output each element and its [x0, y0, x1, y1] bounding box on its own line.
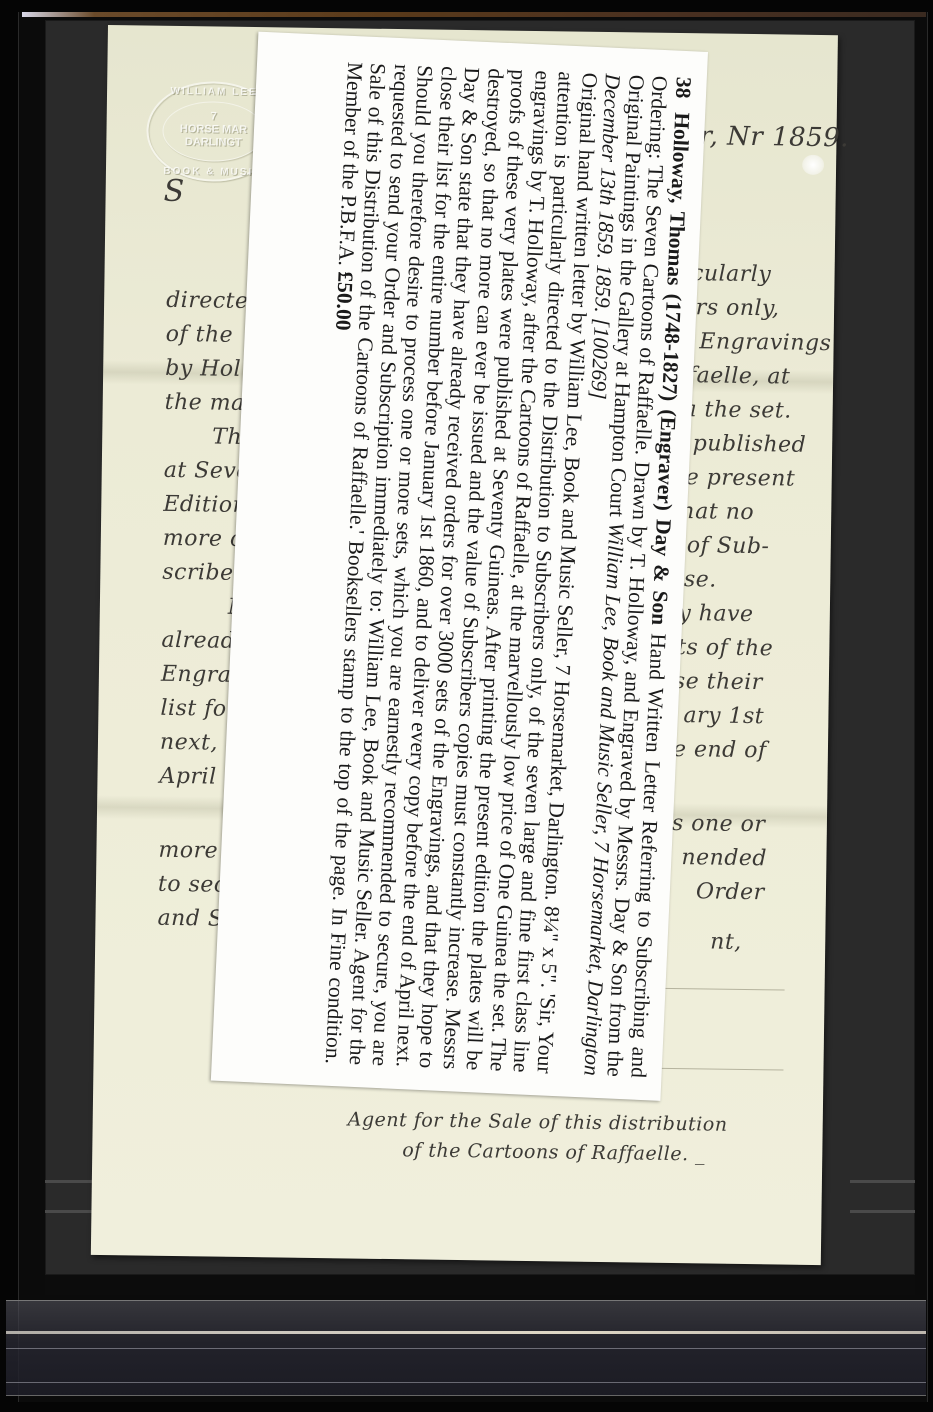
- label-reference: [100269]: [587, 318, 615, 400]
- plastic-seam: [6, 1348, 926, 1349]
- paper-hole: [802, 155, 824, 175]
- handwriting-right-line: Order: [696, 879, 765, 905]
- handwriting-right-line: nended: [681, 845, 767, 871]
- handwriting-left-line: list for: [160, 696, 237, 722]
- sleeve-top-edge: [22, 12, 926, 17]
- stamp-line2: DARLINGT: [163, 136, 263, 150]
- signature-line: of the Cartoons of Raffaelle. _: [402, 1139, 705, 1165]
- handwriting-right-line: nt,: [710, 929, 742, 954]
- handwriting-left-line: Edition: [163, 492, 247, 518]
- label-description-wrap: Original hand written letter by William …: [297, 61, 601, 1074]
- plastic-glint: [6, 1331, 926, 1334]
- handwriting-right-line: se their: [674, 669, 763, 695]
- stamp-inner-oval: 7 HORSE MAR DARLINGT: [162, 101, 265, 162]
- handwriting-left-line: the ma: [165, 390, 245, 416]
- board-groove: [850, 1210, 915, 1213]
- board-groove: [850, 1180, 915, 1183]
- board-bottom-band: [45, 1275, 915, 1295]
- handwriting-right-line: e end of: [673, 737, 767, 763]
- signature-line: Agent for the Sale of this distribution: [348, 1108, 728, 1135]
- handwriting-right-line: ary 1st: [683, 703, 764, 729]
- dealer-catalogue-label: 38Holloway, Thomas (1748-1827) (Engraver…: [211, 32, 708, 1101]
- label-description: Original hand written letter by William …: [321, 61, 602, 1074]
- handwriting-left-line: directe: [166, 288, 249, 314]
- handwriting-left-line: of the: [166, 322, 234, 348]
- handwriting-right-line: s one or: [672, 811, 766, 837]
- handwriting-left-line: by Hol: [165, 356, 241, 382]
- plastic-seam: [6, 1382, 926, 1383]
- lot-number: 38: [671, 76, 696, 99]
- letter-salutation: S: [163, 174, 185, 209]
- label-price: £50.00: [331, 271, 358, 331]
